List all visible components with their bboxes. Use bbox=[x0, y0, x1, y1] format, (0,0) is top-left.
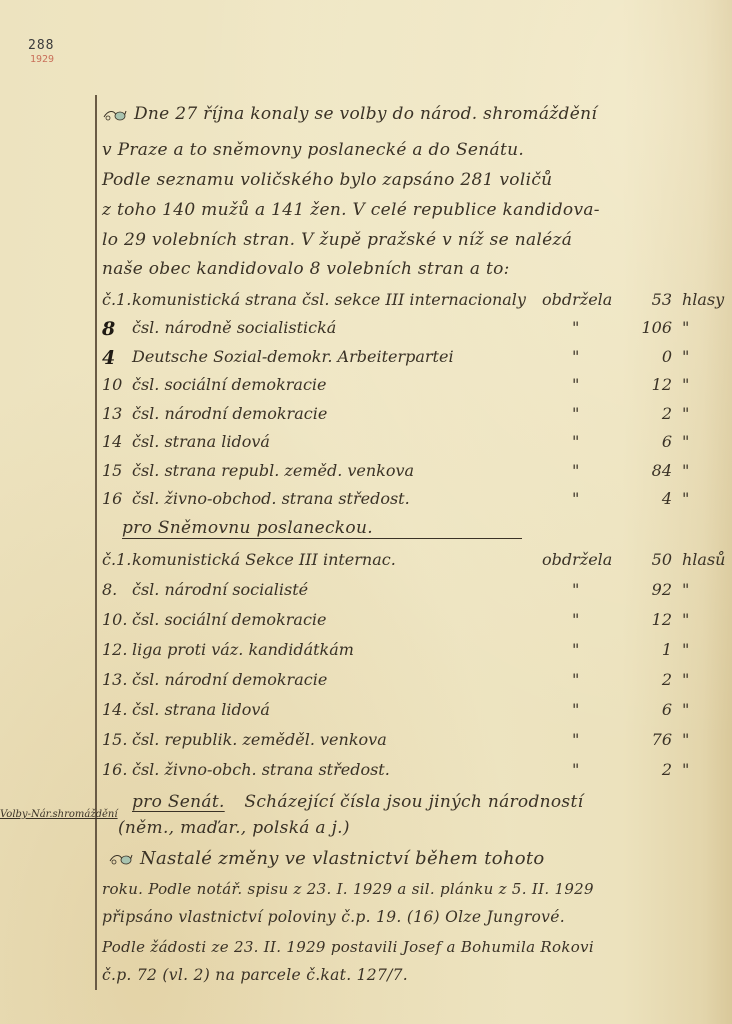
chamber-result-row: 10. čsl. sociální demokracie " 12 " bbox=[102, 610, 702, 636]
senate-result-row: 8 čsl. národně socialistická " 106 " bbox=[102, 318, 702, 344]
paragraph-2-line-1: Nastalé změny ve vlastnictví během tohot… bbox=[108, 848, 545, 869]
paragraph-2-line-4: Podle žádosti ze 23. II. 1929 postavili … bbox=[102, 938, 594, 956]
underline-rule bbox=[122, 538, 522, 539]
chamber-result-row: 16. čsl. živno-obch. strana středost. " … bbox=[102, 760, 702, 786]
text-line: Dne 27 října konaly se volby do národ. s… bbox=[134, 104, 597, 124]
senate-result-row: 14 čsl. strana lidová " 6 " bbox=[102, 432, 702, 458]
margin-rule bbox=[95, 95, 97, 990]
paragraph-mark-icon bbox=[102, 107, 128, 123]
margin-note: Volby-Nár.shromáždění bbox=[0, 809, 118, 820]
paragraph-1-line-2: v Praze a to sněmovny poslanecké a do Se… bbox=[102, 140, 524, 160]
chamber-result-row: 15. čsl. republik. zeměděl. venkova " 76… bbox=[102, 730, 702, 756]
paragraph-2-line-2: roku. Podle notář. spisu z 23. I. 1929 a… bbox=[102, 880, 594, 898]
senate-footer-heading: pro Sněmovnu poslaneckou. bbox=[122, 518, 373, 538]
paragraph-1-line-4: z toho 140 mužů a 141 žen. V celé republ… bbox=[102, 200, 600, 220]
paragraph-mark-icon bbox=[108, 851, 134, 867]
paragraph-1-line-5: lo 29 volebních stran. V župě pražské v … bbox=[102, 230, 572, 250]
chamber-result-row: 12. liga proti váz. kandidátkám " 1 " bbox=[102, 640, 702, 666]
paragraph-1-line-6: naše obec kandidovalo 8 volebních stran … bbox=[102, 259, 510, 279]
senate-result-row: 15 čsl. strana republ. zeměd. venkova " … bbox=[102, 461, 702, 487]
chamber-result-row: 8. čsl. národní socialisté " 92 " bbox=[102, 580, 702, 606]
paragraph-1-line-3: Podle seznamu voličského bylo zapsáno 28… bbox=[102, 170, 552, 190]
chamber-result-row: 14. čsl. strana lidová " 6 " bbox=[102, 700, 702, 726]
senate-result-row: 16 čsl. živno-obchod. strana středost. "… bbox=[102, 489, 702, 515]
text-line: Nastalé změny ve vlastnictví během tohot… bbox=[140, 848, 545, 869]
chamber-result-row: 13. čsl. národní demokracie " 2 " bbox=[102, 670, 702, 696]
senate-result-row: 10 čsl. sociální demokracie " 12 " bbox=[102, 375, 702, 401]
year-stamp: 1929 bbox=[30, 54, 54, 65]
senate-result-row: 4 Deutsche Sozial-demokr. Arbeiterpartei… bbox=[102, 347, 702, 373]
chamber-footer-note: Scházející čísla jsou jiných národností bbox=[244, 792, 583, 812]
paragraph-2-line-3: připsáno vlastnictví poloviny č.p. 19. (… bbox=[102, 908, 565, 926]
chamber-footer: pro Senát. Scházející čísla jsou jiných … bbox=[132, 792, 583, 812]
senate-result-row: 13 čsl. národní demokracie " 2 " bbox=[102, 404, 702, 430]
chamber-result-row: č.1. komunistická Sekce III internac. ob… bbox=[102, 550, 702, 576]
paragraph-1-line-1: Dne 27 října konaly se volby do národ. s… bbox=[102, 104, 597, 124]
page-number: 288 bbox=[28, 38, 54, 53]
senate-result-row: č.1. komunistická strana čsl. sekce III … bbox=[102, 290, 702, 316]
chamber-footer-heading: pro Senát. bbox=[132, 792, 225, 812]
paragraph-2-line-5: č.p. 72 (vl. 2) na parcele č.kat. 127/7. bbox=[102, 966, 408, 984]
chamber-footer-note-2: (něm., maďar., polská a j.) bbox=[118, 818, 350, 838]
